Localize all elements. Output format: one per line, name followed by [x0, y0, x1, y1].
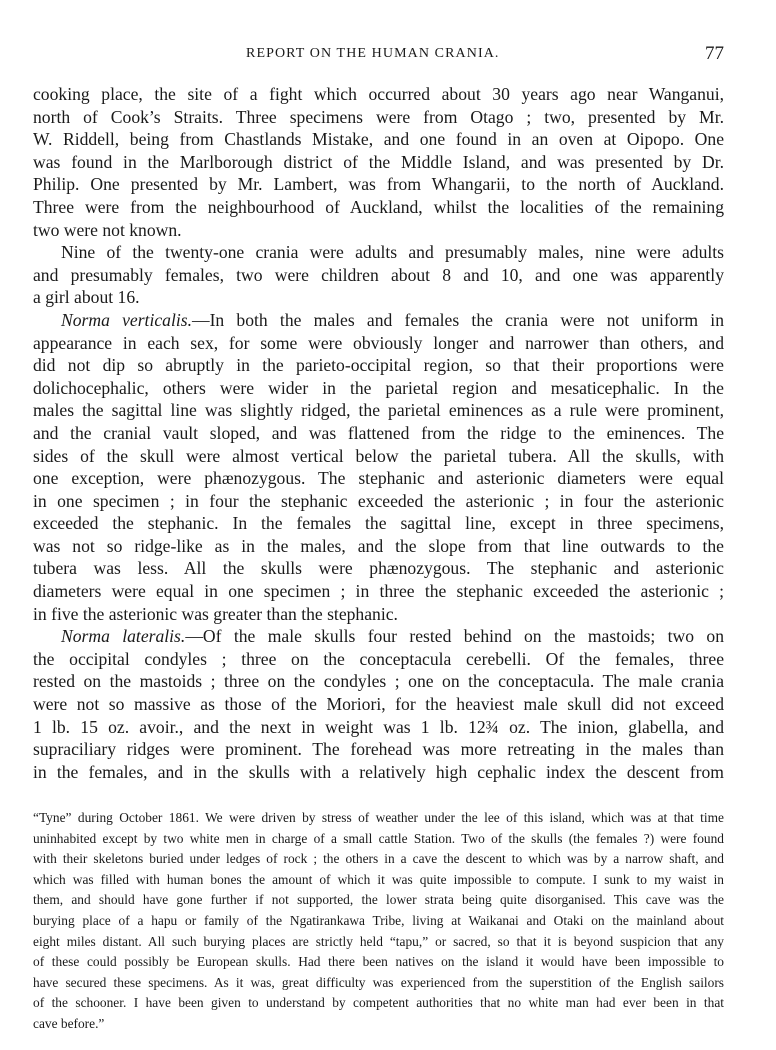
text-line: W. Riddell, being from Chastlands Mistak…: [33, 128, 724, 151]
text-line: Norma verticalis.—In both the males and …: [33, 309, 724, 332]
section-heading-norma-lateralis: Norma lateralis.: [61, 626, 185, 646]
footnote-line: which was filled with human bones the am…: [33, 870, 724, 891]
text-line: sides of the skull were almost vertical …: [33, 445, 724, 468]
text-line: exceeded the stephanic. In the females t…: [33, 512, 724, 535]
text-line: Nine of the twenty-one crania were adult…: [33, 241, 724, 264]
footnote-line: of the schooner. I have been given to un…: [33, 993, 724, 1014]
paragraph-localities: cooking place, the site of a fight which…: [33, 83, 724, 241]
paragraph-sex-and-age: Nine of the twenty-one crania were adult…: [33, 241, 724, 309]
text-line: Three were from the neighbourhood of Auc…: [33, 196, 724, 219]
text-line: cooking place, the site of a fight which…: [33, 83, 724, 106]
footnote-line: them, and should have gone further if no…: [33, 890, 724, 911]
text-line: Philip. One presented by Mr. Lambert, wa…: [33, 173, 724, 196]
footnote-line: cave before.”: [33, 1014, 724, 1035]
running-head: REPORT ON THE HUMAN CRANIA. 77: [33, 46, 724, 70]
text-line: tubera was less. All the skulls were phæ…: [33, 557, 724, 580]
text-line: in the females, and in the skulls with a…: [33, 761, 724, 784]
section-heading-norma-verticalis: Norma verticalis.: [61, 310, 192, 330]
footnote-line: “Tyne” during October 1861. We were driv…: [33, 808, 724, 829]
footnote-line: burying place of a hapu or family of the…: [33, 911, 724, 932]
footnote-line: have secured these specimens. As it was,…: [33, 973, 724, 994]
text-line: were not so massive as those of the Mori…: [33, 693, 724, 716]
footnote-line: eight miles distant. All such burying pl…: [33, 932, 724, 953]
text-line: males the sagittal line was slightly rid…: [33, 399, 724, 422]
text-line: one exception, were phænozygous. The ste…: [33, 467, 724, 490]
text-line: 1 lb. 15 oz. avoir., and the next in wei…: [33, 716, 724, 739]
text-line: two were not known.: [33, 219, 724, 242]
text-line: a girl about 16.: [33, 286, 724, 309]
text-run: —In both the males and females the crani…: [192, 310, 724, 330]
text-line: appearance in each sex, for some were ob…: [33, 332, 724, 355]
text-line: and the cranial vault sloped, and was fl…: [33, 422, 724, 445]
text-line: dolichocephalic, others were wider in th…: [33, 377, 724, 400]
text-line: did not dip so abruptly in the parieto-o…: [33, 354, 724, 377]
text-line: the occipital condyles ; three on the co…: [33, 648, 724, 671]
footnote-line: with their skeletons buried under ledges…: [33, 849, 724, 870]
paragraph-norma-verticalis: Norma verticalis.—In both the males and …: [33, 309, 724, 625]
text-line: in one specimen ; in four the stephanic …: [33, 490, 724, 513]
text-line: rested on the mastoids ; three on the co…: [33, 670, 724, 693]
paragraph-norma-lateralis: Norma lateralis.—Of the male skulls four…: [33, 625, 724, 783]
text-line: and presumably females, two were childre…: [33, 264, 724, 287]
text-run: —Of the male skulls four rested behind o…: [185, 626, 724, 646]
text-line: in five the asterionic was greater than …: [33, 603, 724, 626]
text-line: diameters were equal in one specimen ; i…: [33, 580, 724, 603]
footnote-line: of these could possibly be European skul…: [33, 952, 724, 973]
text-line: was not so ridge-like as in the males, a…: [33, 535, 724, 558]
text-line: Norma lateralis.—Of the male skulls four…: [33, 625, 724, 648]
text-line: was found in the Marlborough district of…: [33, 151, 724, 174]
text-line: north of Cook’s Straits. Three specimens…: [33, 106, 724, 129]
page-number: 77: [705, 43, 724, 65]
body-text: cooking place, the site of a fight which…: [33, 83, 724, 783]
text-line: supraciliary ridges were prominent. The …: [33, 738, 724, 761]
running-title: REPORT ON THE HUMAN CRANIA.: [246, 46, 500, 62]
footnote: “Tyne” during October 1861. We were driv…: [33, 808, 724, 1035]
footnote-line: uninhabited except by two white men in c…: [33, 829, 724, 850]
